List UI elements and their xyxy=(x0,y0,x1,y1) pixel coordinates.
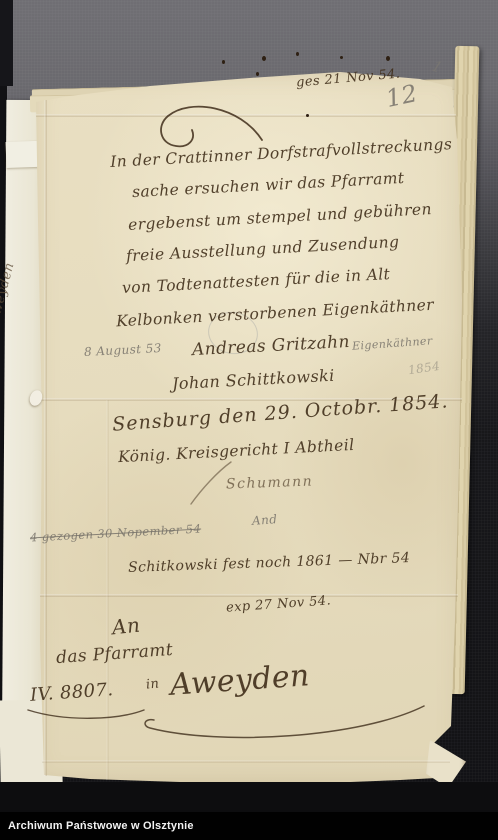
pencil-and-note: And xyxy=(252,513,278,527)
left-edge-shadow-top xyxy=(0,0,13,86)
ink-spot xyxy=(296,52,299,56)
ink-spot xyxy=(222,60,225,64)
archive-name-label: Archiwum Państwowe w Olsztynie xyxy=(0,812,498,840)
page-number: 12 xyxy=(384,81,420,111)
ink-spot xyxy=(262,56,266,61)
archival-scan-viewer: ges 21 Nov 54. 12 1 In der Crattinner Do… xyxy=(0,0,498,840)
signature-underline-swash xyxy=(140,700,430,746)
ink-spot xyxy=(306,114,309,117)
archive-footer-bar: Archiwum Państwowe w Olsztynie xyxy=(0,812,498,840)
fold-crease-vertical xyxy=(44,100,47,776)
ink-spot xyxy=(256,72,259,76)
signature-schumann: Schumann xyxy=(226,474,314,491)
scan-bottom-shadow xyxy=(0,782,498,812)
ink-spot xyxy=(340,56,343,59)
ink-spot xyxy=(386,56,390,61)
address-in: in xyxy=(145,677,160,691)
file-number-underline xyxy=(26,706,148,724)
address-salutation: An xyxy=(111,615,141,638)
initial-flourish-stroke xyxy=(150,100,270,152)
fold-crease xyxy=(40,594,458,597)
fold-crease xyxy=(42,760,450,763)
